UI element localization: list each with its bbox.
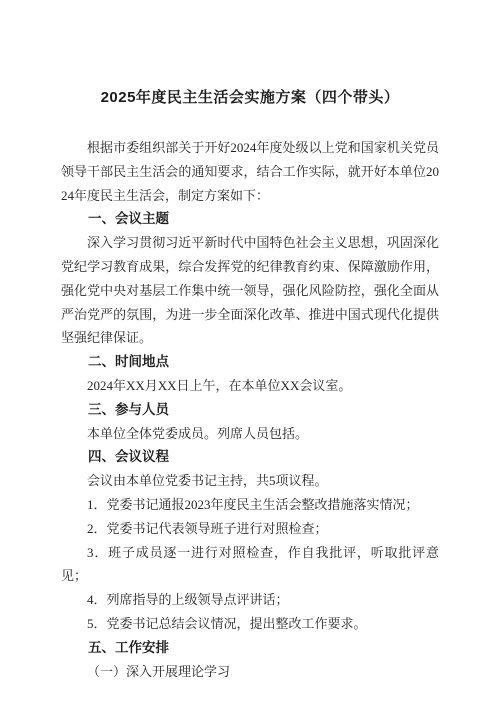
agenda-item-3: 3．班子成员逐一进行对照检查，作自我批评，听取批评意见； xyxy=(61,541,439,589)
document-title: 2025年度民主生活会实施方案（四个带头） xyxy=(61,86,439,110)
section-heading-participants: 三、参与人员 xyxy=(61,398,439,422)
section-heading-time-place: 二、时间地点 xyxy=(61,350,439,374)
work-arrangement-subheading: （一）深入开展理论学习 xyxy=(61,660,439,684)
intro-paragraph: 根据市委组织部关于开好2024年度处级以上党和国家机关党员领导干部民主生活会的通… xyxy=(61,136,439,207)
section-heading-work-arrangement: 五、工作安排 xyxy=(61,636,439,660)
agenda-item-4: 4．列席指导的上级领导点评讲话； xyxy=(61,588,439,612)
section-heading-agenda: 四、会议议程 xyxy=(61,445,439,469)
section-paragraph-meeting-theme: 深入学习贯彻习近平新时代中国特色社会主义思想，巩固深化党纪学习教育成果，综合发挥… xyxy=(61,231,439,350)
agenda-item-2: 2．党委书记代表领导班子进行对照检查； xyxy=(61,517,439,541)
section-paragraph-participants: 本单位全体党委成员。列席人员包括。 xyxy=(61,422,439,446)
section-paragraph-time-place: 2024年XX月XX日上午，在本单位XX会议室。 xyxy=(61,374,439,398)
section-heading-meeting-theme: 一、会议主题 xyxy=(61,207,439,231)
document-page: 2025年度民主生活会实施方案（四个带头） 根据市委组织部关于开好2024年度处… xyxy=(0,0,500,707)
agenda-item-1: 1．党委书记通报2023年度民主生活会整改措施落实情况； xyxy=(61,493,439,517)
agenda-item-5: 5．党委书记总结会议情况，提出整改工作要求。 xyxy=(61,612,439,636)
agenda-intro-paragraph: 会议由本单位党委书记主持，共5项议程。 xyxy=(61,469,439,493)
